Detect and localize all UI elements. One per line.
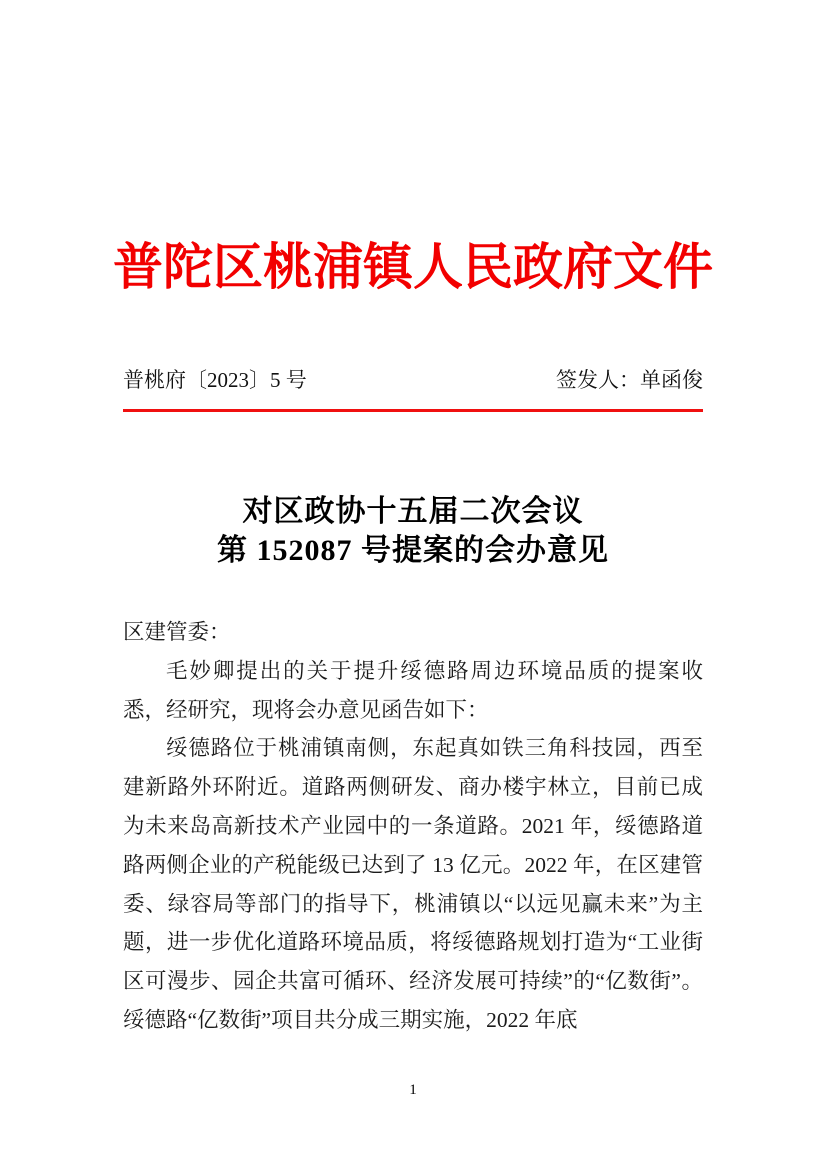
document-title-line2: 第 152087 号提案的会办意见 — [0, 531, 826, 570]
issuer-name: 签发人：单函俊 — [556, 366, 703, 394]
document-title-line1: 对区政协十五届二次会议 — [0, 492, 826, 531]
recipient-salutation: 区建管委： — [123, 613, 703, 652]
document-page: 普陀区桃浦镇人民政府文件 普桃府〔2023〕5 号 签发人：单函俊 对区政协十五… — [0, 0, 826, 1169]
red-divider — [123, 409, 703, 412]
document-header-title: 普陀区桃浦镇人民政府文件 — [0, 236, 826, 298]
document-number: 普桃府〔2023〕5 号 — [123, 366, 307, 394]
document-body: 区建管委： 毛妙卿提出的关于提升绥德路周边环境品质的提案收悉，经研究，现将会办意… — [123, 613, 703, 1040]
body-paragraph: 绥德路位于桃浦镇南侧，东起真如铁三角科技园，西至建新路外环附近。道路两侧研发、商… — [123, 729, 703, 1039]
document-meta-row: 普桃府〔2023〕5 号 签发人：单函俊 — [123, 366, 703, 394]
page-number: 1 — [0, 1080, 826, 1100]
document-title: 对区政协十五届二次会议 第 152087 号提案的会办意见 — [0, 492, 826, 570]
body-paragraph: 毛妙卿提出的关于提升绥德路周边环境品质的提案收悉，经研究，现将会办意见函告如下： — [123, 652, 703, 730]
